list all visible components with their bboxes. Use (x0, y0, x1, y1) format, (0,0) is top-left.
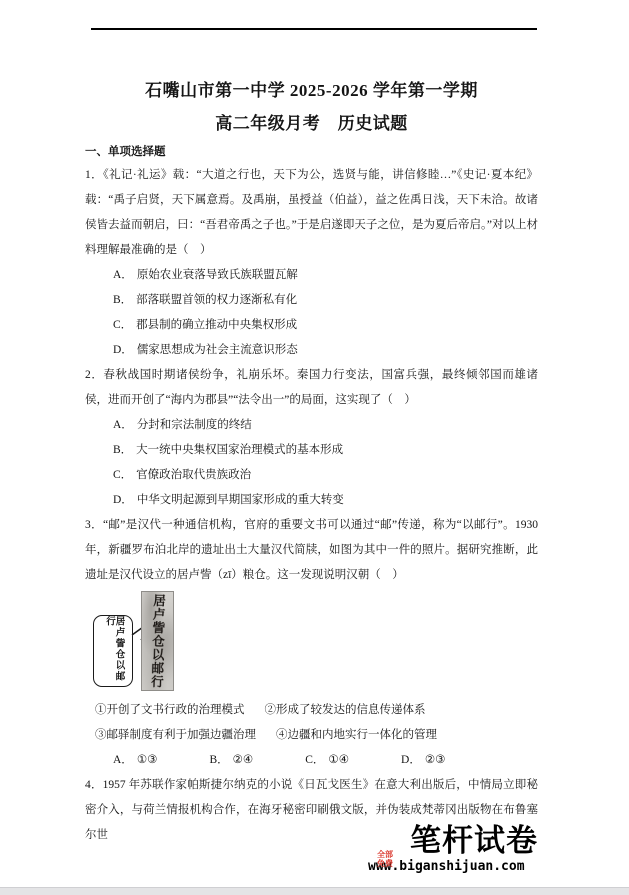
option-label: D． (113, 494, 133, 506)
option-label: D． (113, 344, 133, 356)
option-text: 分封和宗法制度的终结 (137, 419, 252, 431)
statement-row: ①开创了文书行政的治理模式 ②形成了较发达的信息传递体系 (85, 698, 538, 723)
option-row: C．郡县制的确立推动中央集权形成 (85, 313, 538, 338)
statement-3: ③邮驿制度有利于加强边疆治理 (95, 723, 256, 748)
statement-2: ②形成了较发达的信息传递体系 (265, 698, 426, 723)
speech-bubble-text: 居卢訾仓以邮行 (104, 616, 123, 686)
window-edge-bar (0, 887, 629, 895)
question-2: 2．春秋战国时期诸侯纷争，礼崩乐坏。秦国力行变法，国富兵强，最终倾邻国而雄诸侯，… (85, 363, 538, 513)
question-stem: 3．“邮”是汉代一种通信机构，官府的重要文书可以通过“邮”传递，称为“以邮行”。… (85, 513, 538, 588)
speech-bubble: 居卢訾仓以邮行 (93, 615, 133, 687)
answer-choice: A．①③ (113, 748, 157, 773)
option-label: D． (401, 754, 421, 766)
option-text: 儒家思想成为社会主流意识形态 (137, 344, 298, 356)
question-stem: 2．春秋战国时期诸侯纷争，礼崩乐坏。秦国力行变法，国富兵强，最终倾邻国而雄诸侯，… (85, 363, 538, 413)
option-label: C． (113, 319, 132, 331)
wooden-slip-inscription: 居卢訾仓以邮行 (150, 594, 165, 689)
option-row: D．中华文明起源到早期国家形成的重大转变 (85, 488, 538, 513)
option-text: 中华文明起源到早期国家形成的重大转变 (137, 494, 344, 506)
option-text: ①④ (328, 754, 349, 766)
statement-4: ④边疆和内地实行一体化的管理 (276, 723, 437, 748)
option-row: C．官僚政治取代贵族政治 (85, 463, 538, 488)
option-label: A． (113, 269, 133, 281)
question-3: 3．“邮”是汉代一种通信机构，官府的重要文书可以通过“邮”传递，称为“以邮行”。… (85, 513, 538, 773)
option-text: 官僚政治取代贵族政治 (136, 469, 251, 481)
option-label: A． (113, 754, 133, 766)
answer-choice: D．②③ (401, 748, 445, 773)
option-text: ②③ (425, 754, 446, 766)
answer-choice: B．②④ (209, 748, 253, 773)
option-row: D．儒家思想成为社会主流意识形态 (85, 338, 538, 363)
option-row: A．原始农业衰落导致氏族联盟瓦解 (85, 263, 538, 288)
exam-title-line1: 石嘴山市第一中学 2025-2026 学年第一学期 (85, 79, 538, 103)
watermark-tagline: 全部免费 (376, 850, 394, 868)
statement-1: ①开创了文书行政的治理模式 (95, 698, 245, 723)
document-content: 石嘴山市第一中学 2025-2026 学年第一学期 高二年级月考 历史试题 一、… (85, 79, 538, 848)
option-text: ②④ (233, 754, 254, 766)
option-label: C． (113, 469, 132, 481)
question-1: 1．《礼记·礼运》载：“大道之行也，天下为公，选贤与能，讲信修睦…”《史记·夏本… (85, 163, 538, 363)
option-text: 原始农业衰落导致氏族联盟瓦解 (137, 269, 298, 281)
section-heading: 一、单项选择题 (85, 141, 538, 163)
wooden-slip-photo: 居卢訾仓以邮行 (141, 591, 174, 691)
han-slip-figure: 居卢訾仓以邮行 居卢訾仓以邮行 (85, 589, 538, 695)
option-label: B． (209, 754, 228, 766)
option-label: B． (113, 444, 132, 456)
answer-choice: C．①④ (305, 748, 349, 773)
option-text: 部落联盟首领的权力逐渐私有化 (136, 294, 297, 306)
header-rule (91, 28, 537, 30)
option-text: 郡县制的确立推动中央集权形成 (136, 319, 297, 331)
exam-title-line2: 高二年级月考 历史试题 (85, 112, 538, 136)
option-label: A． (113, 419, 133, 431)
option-row: B．部落联盟首领的权力逐渐私有化 (85, 288, 538, 313)
option-text: 大一统中央集权国家治理模式的基本形成 (136, 444, 343, 456)
option-label: B． (113, 294, 132, 306)
option-text: ①③ (137, 754, 158, 766)
exam-document-page: 石嘴山市第一中学 2025-2026 学年第一学期 高二年级月考 历史试题 一、… (0, 0, 629, 895)
answer-choice-row: A．①③ B．②④ C．①④ D．②③ (85, 748, 538, 773)
statement-row: ③邮驿制度有利于加强边疆治理 ④边疆和内地实行一体化的管理 (85, 723, 538, 748)
option-row: B．大一统中央集权国家治理模式的基本形成 (85, 438, 538, 463)
question-stem: 1．《礼记·礼运》载：“大道之行也，天下为公，选贤与能，讲信修睦…”《史记·夏本… (85, 163, 538, 263)
watermark: 笔杆试卷 全部免费 www.biganshijuan.com (368, 824, 538, 876)
option-label: C． (305, 754, 324, 766)
option-row: A．分封和宗法制度的终结 (85, 413, 538, 438)
